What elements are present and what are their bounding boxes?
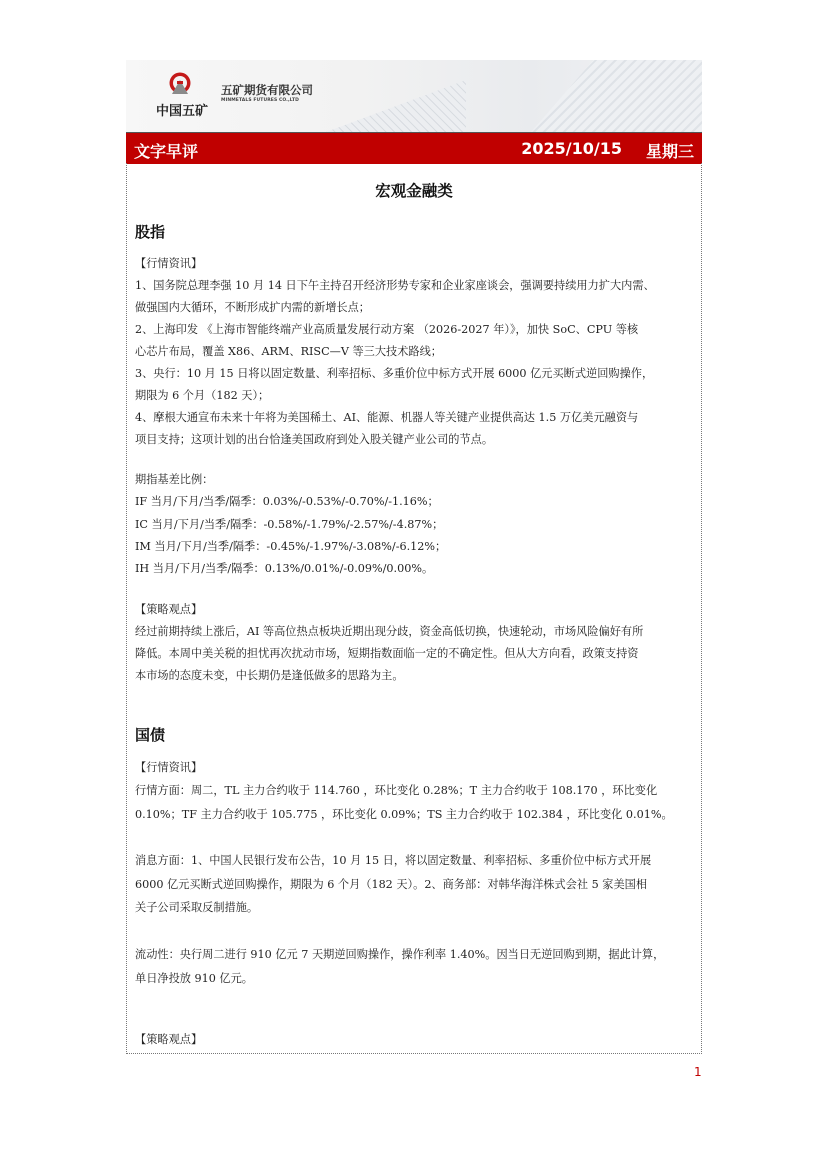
- liquidity-line: 流动性：央行周二进行 910 亿元 7 天期逆回购操作，操作利率 1.40%。因…: [135, 944, 695, 966]
- news-line: 3、央行：10 月 15 日将以固定数量、利率招标、多重价位中标方式开展 600…: [135, 363, 695, 385]
- company-name-en: MINMETALS FUTURES CO.,LTD: [221, 98, 299, 103]
- basis-line-im: IM 当月/下月/当季/隔季：-0.45%/-1.97%/-3.08%/-6.1…: [135, 536, 695, 558]
- market-line: 0.10%；TF 主力合约收于 105.775 ，环比变化 0.09%；TS 主…: [135, 804, 695, 826]
- strategy-line: 本市场的态度未变，中长期仍是逢低做多的思路为主。: [135, 665, 695, 687]
- basis-line-ih: IH 当月/下月/当季/隔季：0.13%/0.01%/-0.09%/0.00%。: [135, 558, 695, 580]
- minmetals-logo-icon: [168, 72, 192, 96]
- section-title: 宏观金融类: [127, 179, 701, 201]
- news-line: 心芯片布局，覆盖 X86、ARM、RISC—V 等三大技术路线；: [135, 341, 695, 363]
- treasury-strategy-label: 【策略观点】: [135, 1029, 695, 1051]
- company-name-cn: 五矿期货有限公司: [221, 82, 313, 98]
- strategy-line: 降低。本周中美关税的担忧再次扰动市场，短期指数面临一定的不确定性。但从大方向看，…: [135, 643, 695, 665]
- strategy-line: 经过前期持续上涨后，AI 等高位热点板块近期出现分歧，资金高低切换，快速轮动，市…: [135, 621, 695, 643]
- news-line: 2、上海印发 《上海市智能终端产业高质量发展行动方案 （2026-2027 年）…: [135, 319, 695, 341]
- report-title: 文字早评: [134, 139, 198, 162]
- basis-line-ic: IC 当月/下月/当季/隔季：-0.58%/-1.79%/-2.57%/-4.8…: [135, 514, 695, 536]
- market-line: 行情方面：周二，TL 主力合约收于 114.760 ，环比变化 0.28%；T …: [135, 780, 695, 802]
- report-body: 宏观金融类 股指 【行情资讯】 1、国务院总理李强 10 月 14 日下午主持召…: [126, 163, 702, 1054]
- header-banner: 中国五矿 五矿期货有限公司 MINMETALS FUTURES CO.,LTD: [126, 60, 702, 132]
- treasury-heading: 国债: [135, 724, 165, 745]
- banner-decoration: [456, 60, 702, 132]
- stock-index-news-label: 【行情资讯】: [135, 253, 695, 275]
- page-number: 1: [694, 1065, 702, 1079]
- basis-line-if: IF 当月/下月/当季/隔季：0.03%/-0.53%/-0.70%/-1.16…: [135, 491, 695, 513]
- message-line: 关子公司采取反制措施。: [135, 897, 695, 919]
- news-line: 期限为 6 个月（182 天）；: [135, 385, 695, 407]
- liquidity-line: 单日净投放 910 亿元。: [135, 968, 695, 990]
- news-line: 1、国务院总理李强 10 月 14 日下午主持召开经济形势专家和企业家座谈会，强…: [135, 275, 695, 297]
- stock-index-heading: 股指: [135, 221, 165, 242]
- group-logo-text: 中国五矿: [156, 100, 208, 119]
- message-line: 消息方面：1、中国人民银行发布公告，10 月 15 日，将以固定数量、利率招标、…: [135, 850, 695, 872]
- news-line: 做强国内大循环，不断形成扩内需的新增长点；: [135, 297, 695, 319]
- message-line: 6000 亿元买断式逆回购操作，期限为 6 个月（182 天）。2、商务部：对韩…: [135, 874, 695, 896]
- basis-label: 期指基差比例：: [135, 469, 695, 491]
- news-line: 项目支持；这项计划的出台恰逢美国政府到处入股关键产业公司的节点。: [135, 429, 695, 451]
- news-line: 4、摩根大通宣布未来十年将为美国稀土、AI、能源、机器人等关键产业提供高达 1.…: [135, 407, 695, 429]
- banner-decoration: [326, 80, 466, 132]
- report-date: 2025/10/15: [521, 139, 622, 158]
- treasury-news-label: 【行情资讯】: [135, 757, 695, 779]
- report-weekday: 星期三: [646, 139, 694, 162]
- stock-index-strategy-label: 【策略观点】: [135, 599, 695, 621]
- report-title-bar: 文字早评 2025/10/15 星期三: [126, 132, 702, 164]
